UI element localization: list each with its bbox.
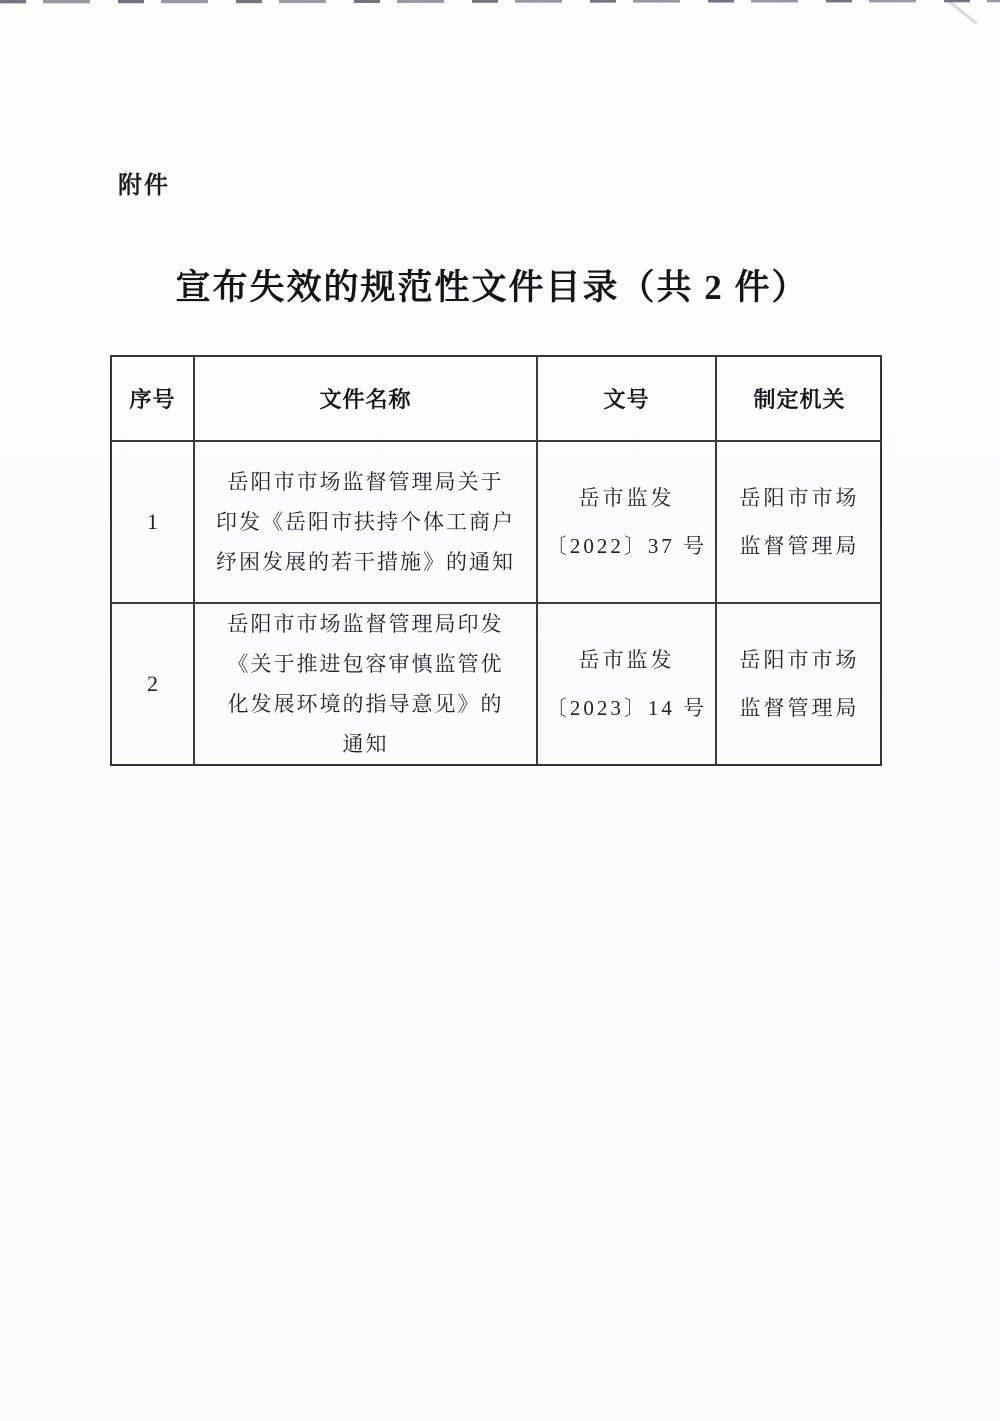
issuing-authority-line: 岳阳市市场 (740, 636, 860, 684)
table-row-1-serial: 1 (112, 442, 195, 604)
scan-artifact-smudge (940, 0, 978, 25)
table-row-2-document-number: 岳市监发 〔2023〕14 号 (538, 604, 717, 764)
table-row-2-document-name: 岳阳市市场监督管理局印发 《关于推进包容审慎监管优 化发展环境的指导意见》的 通… (195, 604, 538, 764)
table-header-document-number: 文号 (538, 357, 717, 442)
page-title: 宣布失效的规范性文件目录（共 2 件） (0, 260, 1000, 310)
document-name-line: 《关于推进包容审慎监管优 (228, 644, 504, 684)
issuing-authority-line: 监督管理局 (740, 522, 860, 570)
table-header-issuing-authority: 制定机关 (717, 357, 882, 442)
document-number-line: 〔2023〕14 号 (546, 684, 707, 732)
scan-artifact-top-edge (0, 0, 1000, 4)
attachment-label: 附件 (118, 165, 170, 200)
document-name-line: 化发展环境的指导意见》的 (228, 684, 504, 724)
document-number-line: 岳市监发 (579, 636, 675, 684)
table-header-document-name: 文件名称 (195, 357, 538, 442)
document-name-line: 岳阳市市场监督管理局关于 (228, 462, 504, 502)
table-header-serial: 序号 (112, 357, 195, 442)
table-row-1-document-name: 岳阳市市场监督管理局关于 印发《岳阳市扶持个体工商户 纾困发展的若干措施》的通知 (195, 442, 538, 604)
document-name-line: 纾困发展的若干措施》的通知 (216, 542, 515, 582)
document-number-line: 〔2022〕37 号 (546, 522, 707, 570)
document-name-line: 通知 (343, 724, 389, 764)
document-name-line: 岳阳市市场监督管理局印发 (228, 604, 504, 644)
document-name-line: 印发《岳阳市扶持个体工商户 (216, 502, 515, 542)
table-row-2-issuing-authority: 岳阳市市场 监督管理局 (717, 604, 882, 764)
table-row-1-issuing-authority: 岳阳市市场 监督管理局 (717, 442, 882, 604)
documents-table: 序号 文件名称 文号 制定机关 1 岳阳市市场监督管理局关于 印发《岳阳市扶持个… (110, 355, 882, 766)
issuing-authority-line: 监督管理局 (740, 684, 860, 732)
table-row-2-serial: 2 (112, 604, 195, 764)
document-number-line: 岳市监发 (579, 474, 675, 522)
document-page: 附件 宣布失效的规范性文件目录（共 2 件） 序号 文件名称 文号 制定机关 1… (0, 0, 1000, 1421)
table-row-1-document-number: 岳市监发 〔2022〕37 号 (538, 442, 717, 604)
issuing-authority-line: 岳阳市市场 (740, 474, 860, 522)
